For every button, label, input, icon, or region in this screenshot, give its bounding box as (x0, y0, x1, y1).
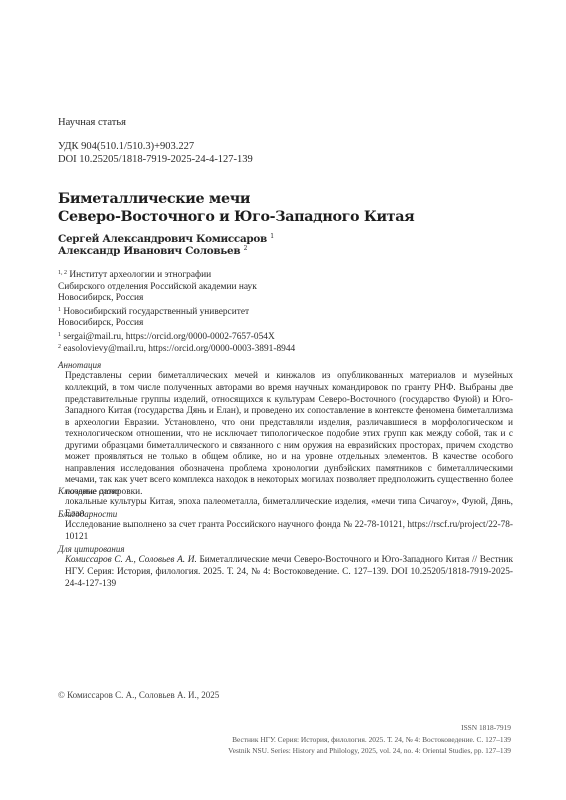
journal-ref-en: Vestnik NSU. Series: History and Philolo… (228, 745, 511, 757)
affiliation-1: 1, 2 Институт археологии и этнографии Си… (58, 270, 518, 305)
author-2: Александр Иванович Соловьев 2 (58, 245, 274, 257)
issn: ISSN 1818-7919 (228, 722, 511, 734)
keywords-label: Ключевые слова (58, 486, 513, 497)
acknowledgements-label: Благодарности (58, 509, 513, 520)
affiliations: 1, 2 Институт археологии и этнографии Си… (58, 270, 518, 357)
acknowledgements-section: Благодарности Исследование выполнено за … (58, 509, 513, 544)
title-line-1: Биметаллические мечи (58, 190, 414, 208)
citation-text: Комиссаров С. А., Соловьев А. И. Биметал… (58, 555, 513, 590)
authors: Сергей Александрович Комиссаров 1 Алекса… (58, 233, 274, 257)
journal-footer: ISSN 1818-7919 Вестник НГУ. Серия: Истор… (228, 722, 511, 757)
abstract-label: Аннотация (58, 360, 513, 371)
doi[interactable]: DOI 10.25205/1818-7919-2025-24-4-127-139 (58, 154, 253, 167)
contact-1: 1 sergai@mail.ru, https://orcid.org/0000… (58, 332, 518, 344)
article-type: Научная статья (58, 117, 126, 128)
author-1: Сергей Александрович Комиссаров 1 (58, 233, 274, 245)
copyright: © Комиссаров С. А., Соловьев А. И., 2025 (58, 690, 219, 700)
title-line-2: Северо-Восточного и Юго-Западного Китая (58, 208, 414, 226)
abstract-text: Представлены серии биметаллических мечей… (58, 371, 513, 498)
abstract-section: Аннотация Представлены серии биметалличе… (58, 360, 513, 498)
udc-doi-block: УДК 904(510.1/510.3)+903.227 DOI 10.2520… (58, 141, 253, 166)
article-title: Биметаллические мечи Северо-Восточного и… (58, 190, 414, 226)
udc-code: УДК 904(510.1/510.3)+903.227 (58, 141, 253, 154)
acknowledgements-text: Исследование выполнено за счет гранта Ро… (58, 520, 513, 543)
affiliation-2: 1 Новосибирский государственный универси… (58, 307, 518, 330)
journal-ref-ru: Вестник НГУ. Серия: История, филология. … (228, 734, 511, 746)
contact-2: 2 easolovievy@mail.ru, https://orcid.org… (58, 344, 518, 356)
contacts: 1 sergai@mail.ru, https://orcid.org/0000… (58, 332, 518, 355)
citation-section: Для цитирования Комиссаров С. А., Соловь… (58, 544, 513, 590)
citation-label: Для цитирования (58, 544, 513, 555)
